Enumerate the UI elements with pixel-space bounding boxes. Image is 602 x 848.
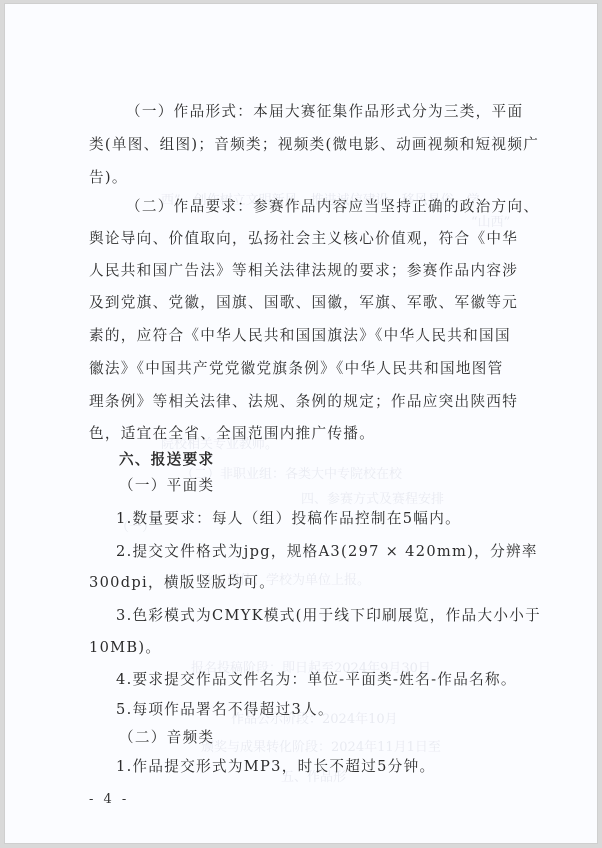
text-line: 色，适宜在全省、全国范围内推广传播。 <box>89 424 375 444</box>
bleed-through-text: 颁奖与成果转化阶段：2024年11月1日至 <box>201 736 441 755</box>
text-line: 素的，应符合《中华人民共和国国旗法》《中华人民共和国国 <box>89 326 511 346</box>
text-line: （二）音频类 <box>119 728 214 748</box>
text-line: 类(单图、组图)；音频类；视频类(微电影、动画视频和短视频广 <box>89 135 539 155</box>
text-line: 1.作品提交形式为MP3，时长不超过5分钟。 <box>116 757 435 777</box>
text-line: 5.每项作品署名不得超过3人。 <box>116 700 334 720</box>
text-line: 3.色彩模式为CMYK模式(用于线下印刷展览，作品大小小于 <box>116 606 541 626</box>
text-line: 及到党旗、党徽，国旗、国歌、国徽，军旗、军歌、军徽等元 <box>89 293 518 313</box>
page-number: - 4 - <box>89 792 129 807</box>
text-line: （二）作品要求：参赛作品内容应当坚持正确的政治方向、 <box>126 197 539 217</box>
text-line: 4.要求提交作品文件名为：单位-平面类-姓名-作品名称。 <box>116 670 517 690</box>
text-line: 1.数量要求：每人（组）投稿作品控制在5幅内。 <box>116 509 461 529</box>
text-line: 2.提交文件格式为jpg，规格A3(297 × 420mm)，分辨率 <box>116 542 538 562</box>
text-line: 徽法》《中国共产党党徽党旗条例》《中华人民共和国地图管 <box>89 359 504 379</box>
text-line: 舆论导向、价值取向，弘扬社会主义核心价值观，符合《中华 <box>89 229 518 249</box>
bleed-through-text: 四、参赛方式及赛程安排 <box>301 488 444 507</box>
section-heading: 六、报送要求 <box>119 450 214 470</box>
text-line: 10MB)。 <box>89 638 161 658</box>
text-line: 人民共和国广告法》等相关法律法规的要求；参赛作品内容涉 <box>89 261 518 281</box>
text-line: （一）作品形式：本届大赛征集作品形式分为三类，平面 <box>126 102 523 122</box>
text-line: （一）平面类 <box>119 476 214 496</box>
text-line: 告)。 <box>89 168 128 188</box>
text-line: 300dpi，横版竖版均可。 <box>89 573 275 593</box>
text-line: 理条例》等相关法律、法规、条例的规定；作品应突出陕西特 <box>89 392 518 412</box>
document-page: 西”，创作树立文明新风，推进诚信建设，移风易俗，学“山西”院校相关专业教师。（二… <box>4 3 598 844</box>
